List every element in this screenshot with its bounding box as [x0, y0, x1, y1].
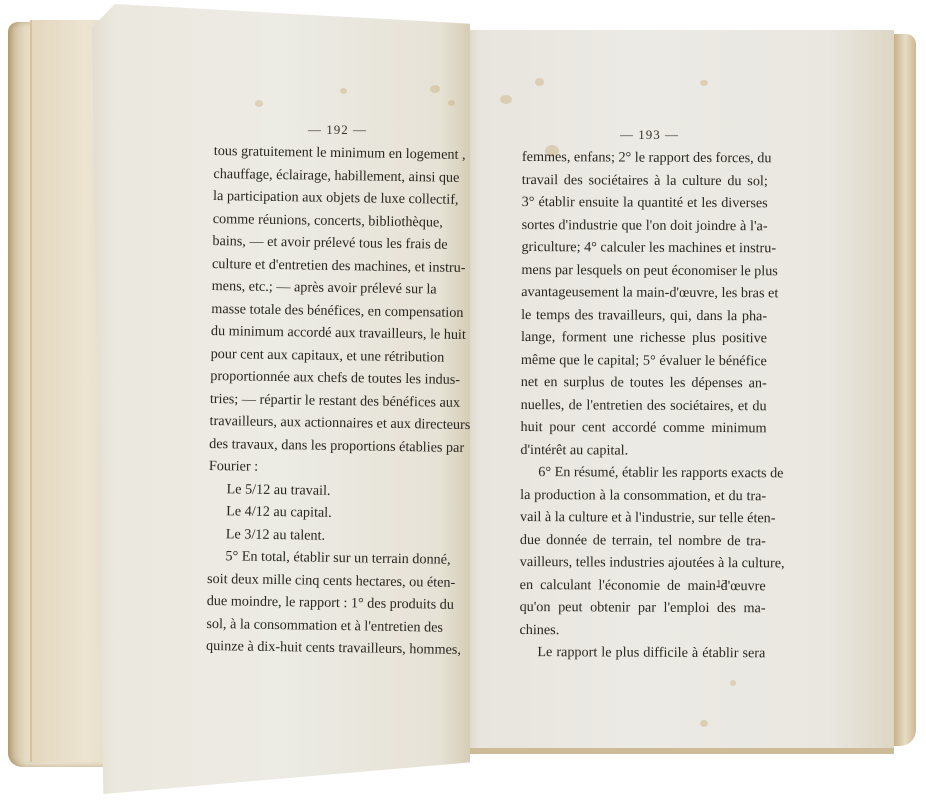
text-line: même que le capital; 5° évaluer le bénéf…: [521, 348, 767, 372]
text-line: nuelles, de l'entretien des sociétaires,…: [521, 393, 767, 417]
right-page-text: femmes, enfans; 2° le rapport des forces…: [519, 146, 768, 665]
foxing-spot: [700, 720, 708, 727]
text-line: en calculant l'économie de main-d'œuvre: [520, 573, 766, 597]
text-line: 5° En total, établir sur un terrain donn…: [207, 545, 427, 571]
text-line: la production à la consommation, et du t…: [520, 483, 766, 507]
text-line: griculture; 4° calculer les machines et …: [521, 236, 767, 260]
text-line: la participation aux objets de luxe coll…: [213, 185, 433, 211]
text-line: le temps des travailleurs, qui, dans la …: [521, 303, 767, 327]
open-book: — 192 — — 193 — tous gratuitement le min…: [0, 0, 926, 800]
foxing-spot: [730, 680, 736, 686]
foxing-spot: [255, 100, 263, 107]
text-line: huit pour cent accordé comme minimum: [520, 416, 766, 440]
signature-mark: 13: [716, 578, 727, 590]
text-line: bains, — et avoir prélevé tous les frais…: [212, 230, 432, 256]
foxing-spot: [340, 88, 347, 94]
foxing-spot: [700, 80, 708, 86]
foxing-spot: [500, 95, 512, 104]
foxing-spot: [535, 78, 544, 86]
text-line: du minimum accordé aux travailleurs, le …: [211, 320, 431, 346]
left-page-text: tous gratuitement le minimum en logement…: [206, 140, 434, 661]
text-line: mens, etc.; — après avoir prélevé sur la: [212, 275, 432, 301]
text-line: Le rapport le plus difficile à établir s…: [519, 641, 765, 665]
text-line: sortes d'industrie que l'on doit joindre…: [522, 213, 768, 237]
text-line: avantageusement la main-d'œuvre, les bra…: [521, 281, 767, 305]
text-line: due donnée de terrain, tel nombre de tra…: [520, 528, 766, 552]
text-line: mens par lesquels on peut économiser le …: [521, 258, 767, 282]
text-line: femmes, enfans; 2° le rapport des forces…: [522, 146, 768, 170]
text-line: Le 4/12 au capital.: [208, 500, 428, 526]
text-line: qu'on peut obtenir par l'emploi des ma-: [520, 596, 766, 620]
text-line: 3° établir ensuite la quantité et les di…: [522, 191, 768, 215]
text-line: vailleurs, telles industries ajoutées à …: [520, 551, 766, 575]
text-line: proportionnée aux chefs de toutes les in…: [210, 365, 430, 391]
text-line: Fourier :: [209, 455, 429, 481]
text-line: tous gratuitement le minimum en logement…: [214, 140, 434, 166]
text-line: travailleurs, aux actionnaires et aux di…: [209, 410, 429, 436]
page-number-right: — 193 —: [620, 127, 679, 143]
text-line: 6° En résumé, établir les rapports exact…: [520, 461, 766, 485]
text-line: vail à la culture et à l'industrie, sur …: [520, 506, 766, 530]
text-line: due moindre, le rapport : 1° des produit…: [207, 590, 427, 616]
text-line: net en surplus de toutes les dépenses an…: [521, 371, 767, 395]
text-line: d'intérêt au capital.: [520, 438, 766, 462]
page-number-left: — 192 —: [308, 122, 367, 138]
text-line: travail des sociétaires à la culture du …: [522, 168, 768, 192]
foxing-spot: [430, 85, 440, 93]
text-line: lange, forment une richesse plus positiv…: [521, 326, 767, 350]
text-line: quinze à dix-huit cents travailleurs, ho…: [206, 635, 426, 661]
foxing-spot: [448, 100, 455, 106]
text-line: chines.: [519, 618, 765, 642]
